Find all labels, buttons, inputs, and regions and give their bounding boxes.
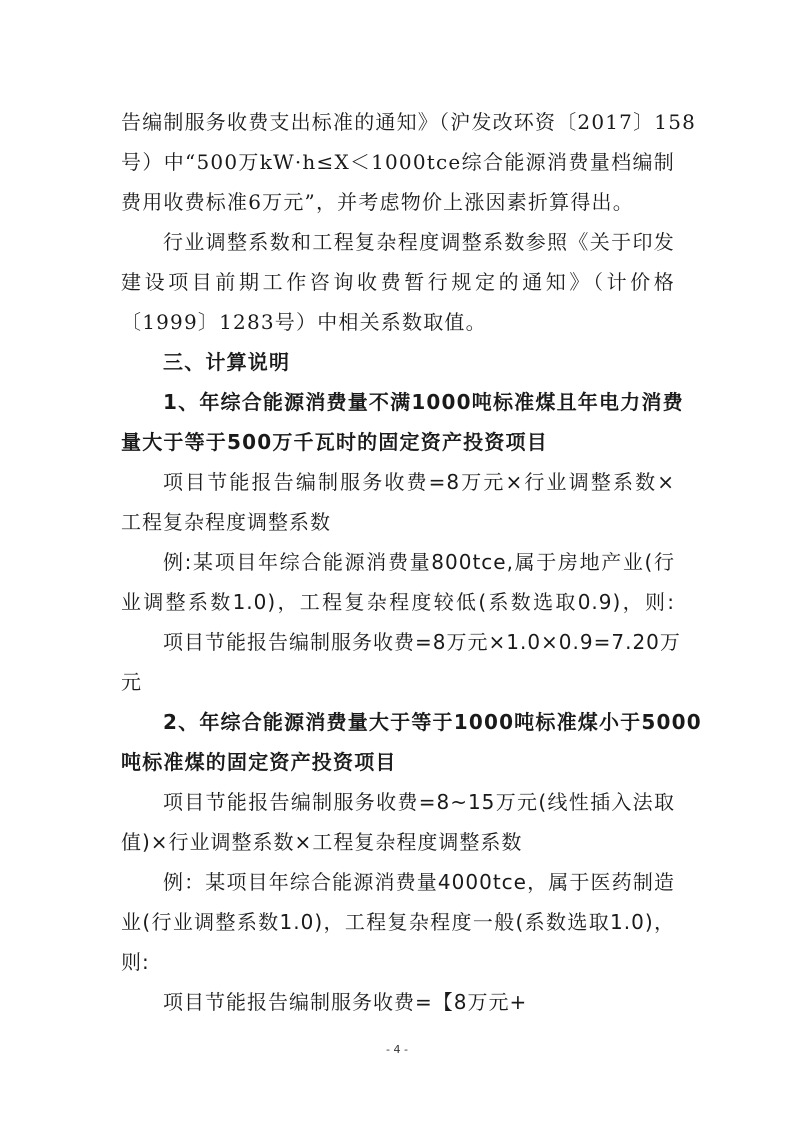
paragraph-line: 告编制服务收费支出标准的通知》（沪发改环资〔2017〕158: [121, 102, 675, 142]
paragraph-line: 行业调整系数和工程复杂程度调整系数参照《关于印发: [121, 222, 675, 262]
example-line: 业调整系数1.0)，工程复杂程度较低(系数选取0.9)，则:: [121, 582, 675, 622]
subsection-heading: 吨标准煤的固定资产投资项目: [121, 742, 675, 782]
formula-line: 值)×行业调整系数×工程复杂程度调整系数: [121, 822, 675, 862]
formula-line: 项目节能报告编制服务收费=8~15万元(线性插入法取: [121, 782, 675, 822]
example-line: 例：某项目年综合能源消费量4000tce，属于医药制造: [121, 862, 675, 902]
example-line: 例:某项目年综合能源消费量800tce,属于房地产业(行: [121, 542, 675, 582]
paragraph-line: 号）中“500万kW·h≤X＜1000tce综合能源消费量档编制: [121, 142, 675, 182]
example-line: 业(行业调整系数1.0)，工程复杂程度一般(系数选取1.0)，: [121, 902, 675, 942]
example-result-line: 项目节能报告编制服务收费=8万元×1.0×0.9=7.20万: [121, 622, 675, 662]
document-body: 告编制服务收费支出标准的通知》（沪发改环资〔2017〕158 号）中“500万k…: [121, 102, 675, 1022]
example-result-line: 项目节能报告编制服务收费=【8万元+: [121, 982, 675, 1022]
example-result-line: 元: [121, 662, 675, 702]
document-page: 告编制服务收费支出标准的通知》（沪发改环资〔2017〕158 号）中“500万k…: [0, 0, 794, 1123]
formula-line: 工程复杂程度调整系数: [121, 502, 675, 542]
subsection-heading: 2、年综合能源消费量大于等于1000吨标准煤小于5000: [121, 702, 675, 742]
formula-line: 项目节能报告编制服务收费=8万元×行业调整系数×: [121, 462, 675, 502]
paragraph-line: 费用收费标准6万元”，并考虑物价上涨因素折算得出。: [121, 182, 675, 222]
paragraph-line: 〔1999〕1283号）中相关系数取值。: [121, 302, 675, 342]
page-number: - 4 -: [0, 1043, 794, 1056]
subsection-heading: 量大于等于500万千瓦时的固定资产投资项目: [121, 422, 675, 462]
section-heading: 三、计算说明: [121, 342, 675, 382]
subsection-heading: 1、年综合能源消费量不满1000吨标准煤且年电力消费: [121, 382, 675, 422]
paragraph-line: 建设项目前期工作咨询收费暂行规定的通知》（计价格: [121, 262, 675, 302]
example-line: 则:: [121, 942, 675, 982]
